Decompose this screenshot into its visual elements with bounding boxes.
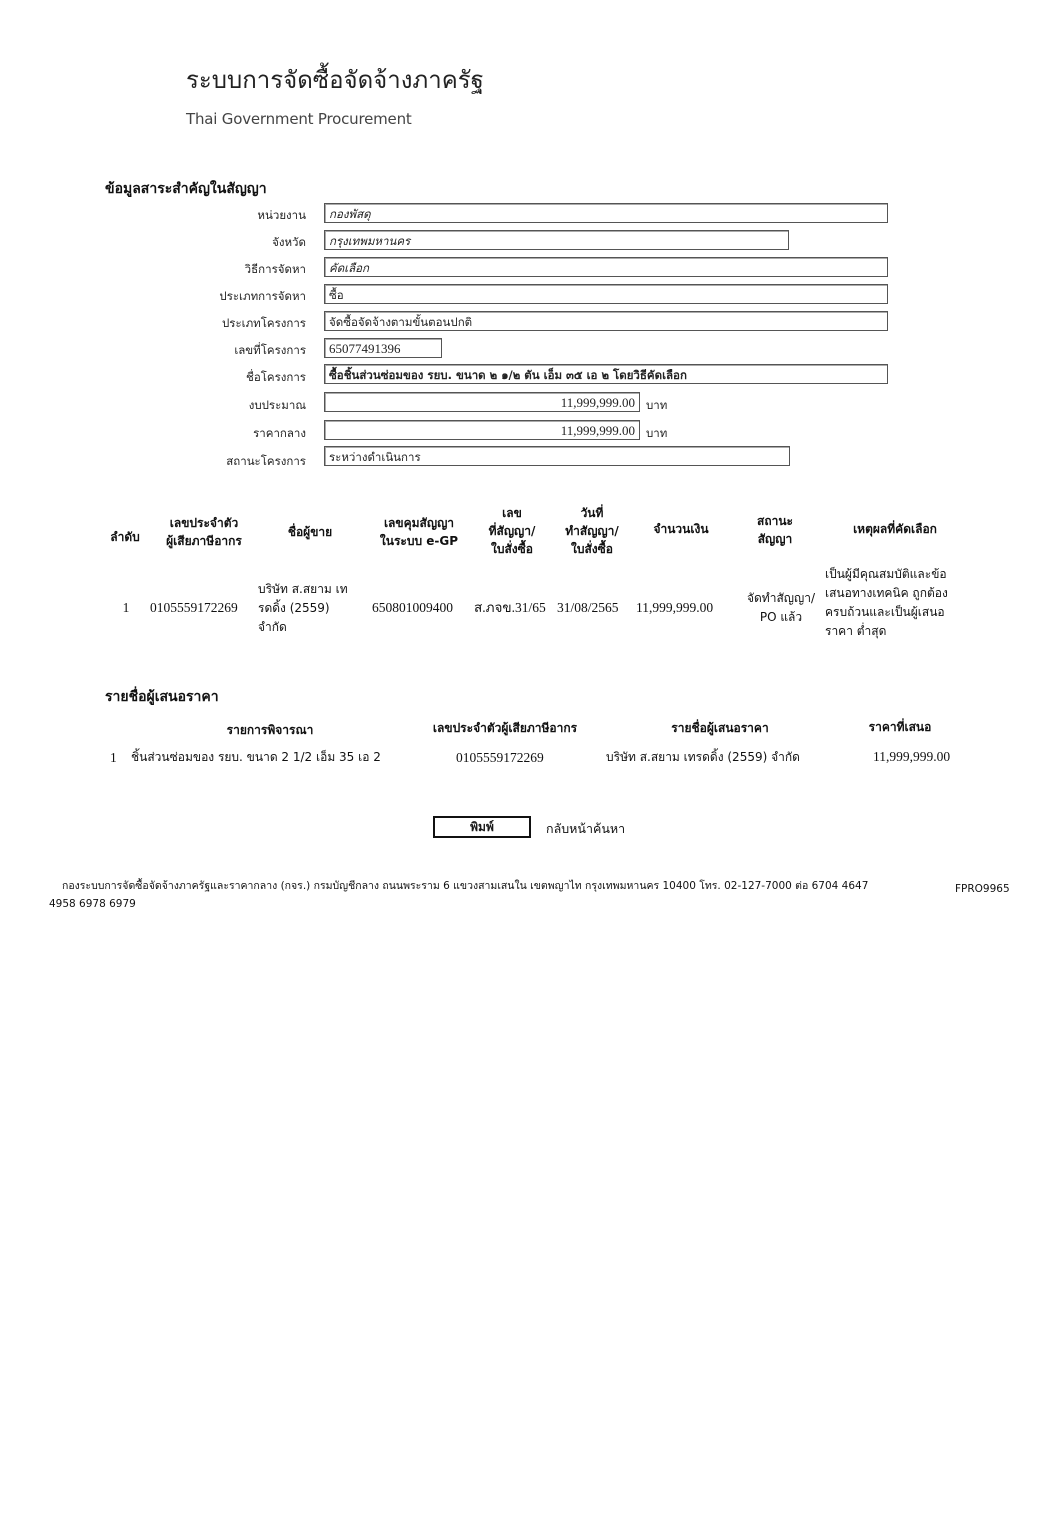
budget-field[interactable]: 11,999,999.00 xyxy=(324,392,640,412)
project-name-field[interactable]: ซื้อชิ้นส่วนซ่อมของ รยบ. ขนาด ๒ ๑/๒ ตัน … xyxy=(324,364,888,384)
row-no: 1 xyxy=(116,598,136,617)
bidder-row-item: ชิ้นส่วนซ่อมของ รยบ. ขนาด 2 1/2 เอ็ม 35 … xyxy=(131,748,381,767)
project-number-field[interactable]: 65077491396 xyxy=(324,338,442,358)
col-header-contract-date: วันที่ ทำสัญญา/ ใบสั่งซื้อ xyxy=(552,504,632,558)
procurement-type-field[interactable]: ซื้อ xyxy=(324,284,888,304)
bidder-row-tax-id: 0105559172269 xyxy=(456,748,544,767)
reference-price-field[interactable]: 11,999,999.00 xyxy=(324,420,640,440)
col-header-egp-no: เลขคุมสัญญา ในระบบ e-GP xyxy=(364,514,474,550)
reference-price-label: ราคากลาง xyxy=(106,425,306,443)
bidders-header-bidder: รายชื่อผู้เสนอราคา xyxy=(640,719,800,737)
row-egp-control-no: 650801009400 xyxy=(372,598,453,617)
province-field[interactable]: กรุงเทพมหานคร xyxy=(324,230,789,250)
site-subtitle: Thai Government Procurement xyxy=(186,110,412,128)
col-header-no: ลำดับ xyxy=(100,528,150,546)
project-status-label: สถานะโครงการ xyxy=(106,453,306,471)
bidder-row-no: 1 xyxy=(110,748,117,767)
col-header-amount: จำนวนเงิน xyxy=(634,520,728,538)
bidders-header-price: ราคาที่เสนอ xyxy=(850,718,950,736)
row-status: จัดทำสัญญา/ PO แล้ว xyxy=(738,589,824,627)
row-reason: เป็นผู้มีคุณสมบัติและข้อ เสนอทางเทคนิค ถ… xyxy=(825,565,985,641)
col-header-contract-no: เลข ที่สัญญา/ ใบสั่งซื้อ xyxy=(472,504,552,558)
row-contract-date: 31/08/2565 xyxy=(557,598,619,617)
bidder-row-name: บริษัท ส.สยาม เทรดดิ้ง (2559) จำกัด xyxy=(606,748,800,767)
project-number-label: เลขที่โครงการ xyxy=(106,342,306,360)
back-to-search-link[interactable]: กลับหน้าค้นหา xyxy=(546,819,625,839)
project-status-field[interactable]: ระหว่างดำเนินการ xyxy=(324,446,790,466)
procurement-method-field[interactable]: คัดเลือก xyxy=(324,257,888,277)
print-button[interactable]: พิมพ์ xyxy=(433,816,531,838)
contract-summary-title: ข้อมูลสาระสำคัญในสัญญา xyxy=(105,178,267,200)
agency-field[interactable]: กองพัสดุ xyxy=(324,203,888,223)
bidders-header-item: รายการพิจารณา xyxy=(190,721,350,739)
form-code: FPRO9965 xyxy=(955,883,1010,895)
row-contract-no: ส.ภจข.31/65 xyxy=(474,598,546,617)
col-header-tax-id: เลขประจำตัว ผู้เสียภาษีอากร xyxy=(148,514,260,550)
project-type-label: ประเภทโครงการ xyxy=(106,315,306,333)
agency-label: หน่วยงาน xyxy=(106,207,306,225)
project-type-field[interactable]: จัดซื้อจัดจ้างตามขั้นตอนปกติ xyxy=(324,311,888,331)
budget-unit: บาท xyxy=(646,397,667,415)
province-label: จังหวัด xyxy=(106,234,306,252)
row-amount: 11,999,999.00 xyxy=(636,598,713,617)
footer-address: กองระบบการจัดซื้อจัดจ้างภาครัฐและราคากลา… xyxy=(62,877,942,894)
col-header-vendor: ชื่อผู้ขาย xyxy=(265,523,355,541)
row-tax-id: 0105559172269 xyxy=(150,598,238,617)
reference-price-unit: บาท xyxy=(646,425,667,443)
bidder-row-price: 11,999,999.00 xyxy=(873,747,950,766)
site-title: ระบบการจัดซื้อจัดจ้างภาครัฐ xyxy=(186,60,484,99)
bidders-header-tax-id: เลขประจำตัวผู้เสียภาษีอากร xyxy=(410,719,600,737)
budget-label: งบประมาณ xyxy=(106,397,306,415)
col-header-status: สถานะ สัญญา xyxy=(740,512,810,548)
col-header-reason: เหตุผลที่คัดเลือก xyxy=(820,520,970,538)
bidders-title: รายชื่อผู้เสนอราคา xyxy=(105,686,219,708)
footer-phone-extensions: 4958 6978 6979 xyxy=(49,898,136,910)
procurement-type-label: ประเภทการจัดหา xyxy=(106,288,306,306)
procurement-method-label: วิธีการจัดหา xyxy=(106,261,306,279)
project-name-label: ชื่อโครงการ xyxy=(106,369,306,387)
row-vendor: บริษัท ส.สยาม เท รดดิ้ง (2559) จำกัด xyxy=(258,580,368,637)
